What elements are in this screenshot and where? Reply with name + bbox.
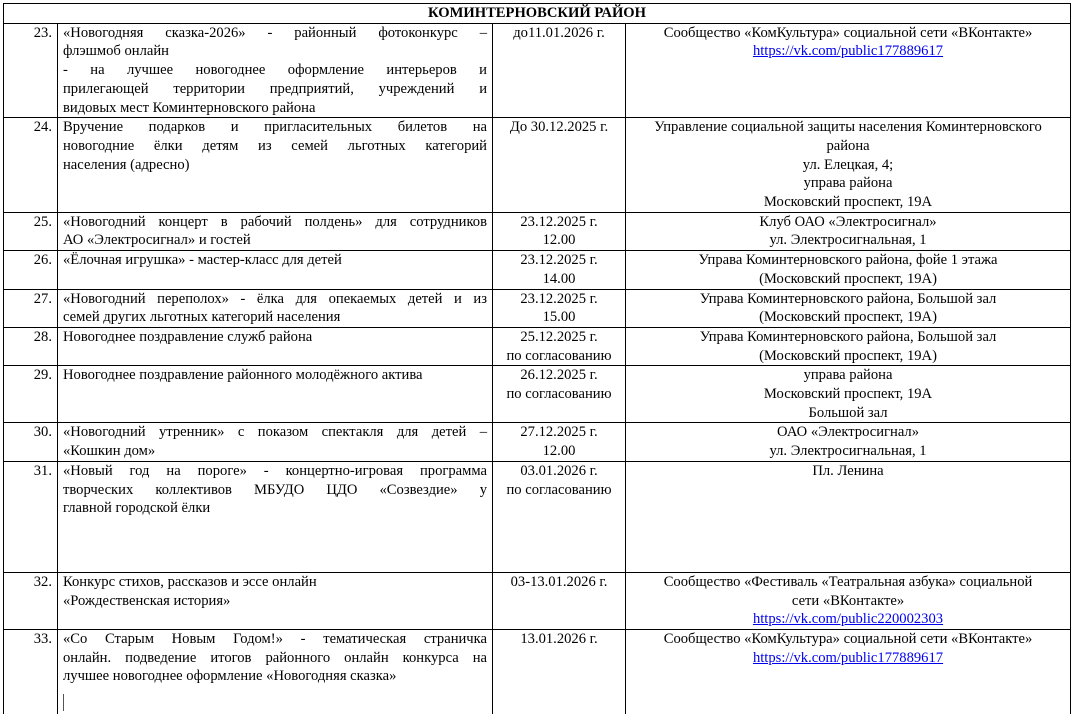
date-line: 25.12.2025 г. bbox=[498, 328, 620, 347]
date-line: 13.01.2026 г. bbox=[498, 630, 620, 649]
row-number: 26. bbox=[4, 251, 58, 289]
date-line: по согласованию bbox=[498, 347, 620, 366]
place-line: Сообщество «Фестиваль «Театральная азбук… bbox=[631, 573, 1065, 592]
text-cursor bbox=[63, 694, 64, 711]
description-line: «Новый год на пороге» - концертно-игрова… bbox=[63, 462, 487, 481]
place-line: ОАО «Электросигнал» bbox=[631, 423, 1065, 442]
description-line: творческих коллективов МБУДО ЦДО «Созвез… bbox=[63, 481, 487, 500]
table-row: 29.Новогоднее поздравление районного мол… bbox=[4, 366, 1071, 423]
table-row: 24.Вручение подарков и пригласительных б… bbox=[4, 118, 1071, 213]
row-number: 24. bbox=[4, 118, 58, 213]
place-line: управа района bbox=[631, 366, 1065, 385]
description-line: «Новогодняя сказка-2026» - районный фото… bbox=[63, 24, 487, 43]
event-place: Управа Коминтерновского района, фойе 1 э… bbox=[626, 251, 1071, 289]
event-description: «Ёлочная игрушка» - мастер-класс для дет… bbox=[58, 251, 493, 289]
table-row: 28.Новогоднее поздравление служб района2… bbox=[4, 327, 1071, 365]
place-line: сети «ВКонтакте» bbox=[631, 592, 1065, 611]
row-number: 28. bbox=[4, 327, 58, 365]
event-description: «Новогодний концерт в рабочий полдень» д… bbox=[58, 212, 493, 250]
event-place: Управа Коминтерновского района, Большой … bbox=[626, 289, 1071, 327]
date-line: 23.12.2025 г. bbox=[498, 251, 620, 270]
event-place: Сообщество «КомКультура» социальной сети… bbox=[626, 629, 1071, 714]
event-date: 03-13.01.2026 г. bbox=[493, 572, 626, 629]
description-line: новогодние ёлки детям из семей льготных … bbox=[63, 137, 487, 156]
event-date: 27.12.2025 г.12.00 bbox=[493, 423, 626, 461]
date-line: 12.00 bbox=[498, 231, 620, 250]
description-line: АО «Электросигнал» и гостей bbox=[63, 231, 487, 250]
place-line: Московский проспект, 19А bbox=[631, 193, 1065, 212]
date-line: 15.00 bbox=[498, 308, 620, 327]
event-date: 03.01.2026 г.по согласованию bbox=[493, 461, 626, 572]
event-date: 25.12.2025 г.по согласованию bbox=[493, 327, 626, 365]
vk-link[interactable]: https://vk.com/public177889617 bbox=[631, 649, 1065, 668]
row-number: 31. bbox=[4, 461, 58, 572]
event-description: «Новый год на пороге» - концертно-игрова… bbox=[58, 461, 493, 572]
date-line: 03.01.2026 г. bbox=[498, 462, 620, 481]
place-line: Сообщество «КомКультура» социальной сети… bbox=[631, 24, 1065, 43]
description-line: - на лучшее новогоднее оформление интерь… bbox=[63, 61, 487, 80]
event-place: Сообщество «КомКультура» социальной сети… bbox=[626, 23, 1071, 118]
description-line: лучшее новогоднее оформление «Новогодняя… bbox=[63, 667, 487, 686]
place-line: Пл. Ленина bbox=[631, 462, 1065, 481]
event-date: 26.12.2025 г.по согласованию bbox=[493, 366, 626, 423]
place-line: Сообщество «КомКультура» социальной сети… bbox=[631, 630, 1065, 649]
event-description: Конкурс стихов, рассказов и эссе онлайн«… bbox=[58, 572, 493, 629]
event-description: «Новогодний утренник» с показом спектакл… bbox=[58, 423, 493, 461]
place-line: (Московский проспект, 19А) bbox=[631, 270, 1065, 289]
row-number: 25. bbox=[4, 212, 58, 250]
place-line: Управа Коминтерновского района, фойе 1 э… bbox=[631, 251, 1065, 270]
date-line: 23.12.2025 г. bbox=[498, 213, 620, 232]
description-line: Новогоднее поздравление районного молодё… bbox=[63, 366, 487, 385]
description-line: главной городской ёлки bbox=[63, 499, 487, 518]
place-line: Московский проспект, 19А bbox=[631, 385, 1065, 404]
place-line: ул. Электросигнальная, 1 bbox=[631, 231, 1065, 250]
place-line: ул. Елецкая, 4; bbox=[631, 156, 1065, 175]
description-line: семей других льготных категорий населени… bbox=[63, 308, 487, 327]
event-place: ОАО «Электросигнал»ул. Электросигнальная… bbox=[626, 423, 1071, 461]
date-line: 27.12.2025 г. bbox=[498, 423, 620, 442]
event-date: 13.01.2026 г. bbox=[493, 629, 626, 714]
description-line: Конкурс стихов, рассказов и эссе онлайн bbox=[63, 573, 487, 592]
description-line: «Новогодний концерт в рабочий полдень» д… bbox=[63, 213, 487, 232]
description-line: «Рождественская история» bbox=[63, 592, 487, 611]
place-line: Управа Коминтерновского района, Большой … bbox=[631, 290, 1065, 309]
place-line: (Московский проспект, 19А) bbox=[631, 308, 1065, 327]
description-line: прилегающей территории предприятий, учре… bbox=[63, 80, 487, 99]
section-header-row: КОМИНТЕРНОВСКИЙ РАЙОН bbox=[4, 4, 1071, 24]
event-place: Сообщество «Фестиваль «Театральная азбук… bbox=[626, 572, 1071, 629]
table-row: 32.Конкурс стихов, рассказов и эссе онла… bbox=[4, 572, 1071, 629]
description-line: «Новогодний утренник» с показом спектакл… bbox=[63, 423, 487, 442]
event-description: Вручение подарков и пригласительных биле… bbox=[58, 118, 493, 213]
row-number: 33. bbox=[4, 629, 58, 714]
description-line: видовых мест Коминтерновского района bbox=[63, 99, 487, 118]
event-place: Управа Коминтерновского района, Большой … bbox=[626, 327, 1071, 365]
date-line: до11.01.2026 г. bbox=[498, 24, 620, 43]
event-date: 23.12.2025 г.12.00 bbox=[493, 212, 626, 250]
date-line: 14.00 bbox=[498, 270, 620, 289]
event-date: 23.12.2025 г.15.00 bbox=[493, 289, 626, 327]
row-number: 23. bbox=[4, 23, 58, 118]
vk-link[interactable]: https://vk.com/public220002303 bbox=[631, 610, 1065, 629]
table-row: 31.«Новый год на пороге» - концертно-игр… bbox=[4, 461, 1071, 572]
date-line: 23.12.2025 г. bbox=[498, 290, 620, 309]
table-row: 23.«Новогодняя сказка-2026» - районный ф… bbox=[4, 23, 1071, 118]
date-line: До 30.12.2025 г. bbox=[498, 118, 620, 137]
table-row: 25.«Новогодний концерт в рабочий полдень… bbox=[4, 212, 1071, 250]
place-line: ул. Электросигнальная, 1 bbox=[631, 442, 1065, 461]
row-number: 27. bbox=[4, 289, 58, 327]
event-place: управа районаМосковский проспект, 19АБол… bbox=[626, 366, 1071, 423]
place-line: Большой зал bbox=[631, 404, 1065, 423]
description-line: флэшмоб онлайн bbox=[63, 42, 487, 61]
event-date: До 30.12.2025 г. bbox=[493, 118, 626, 213]
description-line: «Кошкин дом» bbox=[63, 442, 487, 461]
date-line: 26.12.2025 г. bbox=[498, 366, 620, 385]
row-number: 32. bbox=[4, 572, 58, 629]
section-title: КОМИНТЕРНОВСКИЙ РАЙОН bbox=[4, 4, 1071, 24]
event-description: Новогоднее поздравление районного молодё… bbox=[58, 366, 493, 423]
table-row: 33.«Со Старым Новым Годом!» - тематическ… bbox=[4, 629, 1071, 714]
description-line: «Новогодний переполох» - ёлка для опекае… bbox=[63, 290, 487, 309]
place-line: Клуб ОАО «Электросигнал» bbox=[631, 213, 1065, 232]
description-line: «Со Старым Новым Годом!» - тематическая … bbox=[63, 630, 487, 649]
table-row: 27.«Новогодний переполох» - ёлка для опе… bbox=[4, 289, 1071, 327]
table-row: 26.«Ёлочная игрушка» - мастер-класс для … bbox=[4, 251, 1071, 289]
event-place: Клуб ОАО «Электросигнал»ул. Электросигна… bbox=[626, 212, 1071, 250]
place-line: (Московский проспект, 19А) bbox=[631, 347, 1065, 366]
event-date: до11.01.2026 г. bbox=[493, 23, 626, 118]
description-line: населения (адресно) bbox=[63, 156, 487, 175]
event-description: «Новогодний переполох» - ёлка для опекае… bbox=[58, 289, 493, 327]
date-line: 12.00 bbox=[498, 442, 620, 461]
place-line: Управление социальной защиты населения К… bbox=[631, 118, 1065, 137]
description-line: «Ёлочная игрушка» - мастер-класс для дет… bbox=[63, 251, 487, 270]
event-description: «Новогодняя сказка-2026» - районный фото… bbox=[58, 23, 493, 118]
event-description: Новогоднее поздравление служб района bbox=[58, 327, 493, 365]
row-number: 30. bbox=[4, 423, 58, 461]
date-line: по согласованию bbox=[498, 481, 620, 500]
table-row: 30.«Новогодний утренник» с показом спект… bbox=[4, 423, 1071, 461]
date-line: 03-13.01.2026 г. bbox=[498, 573, 620, 592]
place-line: района bbox=[631, 137, 1065, 156]
event-date: 23.12.2025 г.14.00 bbox=[493, 251, 626, 289]
description-line: Вручение подарков и пригласительных биле… bbox=[63, 118, 487, 137]
vk-link[interactable]: https://vk.com/public177889617 bbox=[631, 42, 1065, 61]
place-line: управа района bbox=[631, 174, 1065, 193]
description-line: Новогоднее поздравление служб района bbox=[63, 328, 487, 347]
events-table: КОМИНТЕРНОВСКИЙ РАЙОН 23.«Новогодняя ска… bbox=[3, 3, 1071, 714]
event-place: Пл. Ленина bbox=[626, 461, 1071, 572]
event-place: Управление социальной защиты населения К… bbox=[626, 118, 1071, 213]
event-description: «Со Старым Новым Годом!» - тематическая … bbox=[58, 629, 493, 714]
description-line: онлайн. подведение итогов районного онла… bbox=[63, 649, 487, 668]
place-line: Управа Коминтерновского района, Большой … bbox=[631, 328, 1065, 347]
row-number: 29. bbox=[4, 366, 58, 423]
date-line: по согласованию bbox=[498, 385, 620, 404]
